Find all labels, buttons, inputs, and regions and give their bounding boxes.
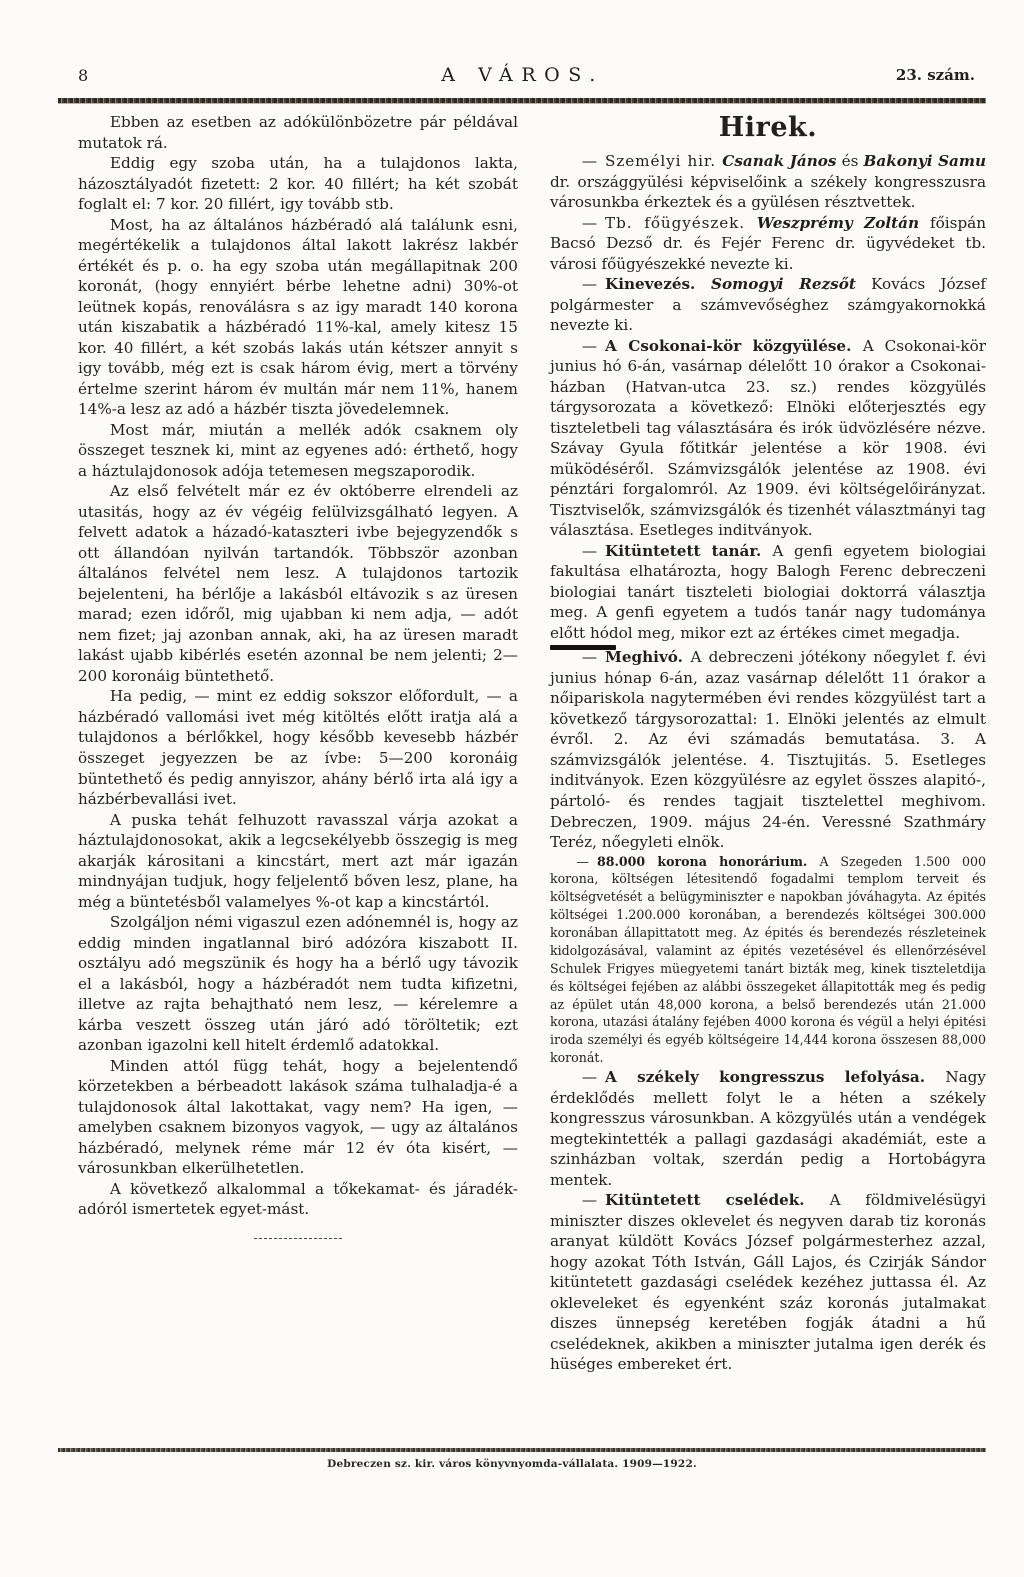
article-paragraph: A puska tehát felhuzott ravasszal várja … <box>78 810 518 913</box>
article-paragraph: A következő alkalommal a tőkekamat- és j… <box>78 1179 518 1220</box>
header-rule <box>58 98 986 103</box>
news-item-dash: — <box>582 1191 605 1209</box>
printer-imprint: Debreczen sz. kir. város könyvnyomda-vál… <box>0 1458 1024 1470</box>
news-item-lead: Kinevezés. <box>605 275 711 293</box>
article-paragraph: Most, ha az általános házbéradó alá talá… <box>78 215 518 420</box>
article-column: Ebben az esetben az adókülönbözetre pár … <box>78 112 518 1375</box>
news-item-name-emphasis: Csanak János <box>722 152 836 170</box>
footer-rule <box>58 1448 986 1452</box>
news-item: —88.000 korona honorárium. A Szegeden 1.… <box>550 853 986 1068</box>
text-columns: Ebben az esetben az adókülönbözetre pár … <box>78 112 986 1375</box>
news-item-lead: Meghivó. <box>605 648 690 666</box>
news-item: —Kinevezés. Somogyi Rezsőt Kovács József… <box>550 274 986 336</box>
news-item-dash: — <box>582 214 605 232</box>
news-item: —Tb. főügyészek. Weszprémy Zoltán főispá… <box>550 213 986 275</box>
news-item: —Kitüntetett cselédek. A földmivelésügyi… <box>550 1190 986 1375</box>
news-item-lead: 88.000 korona honorárium. <box>597 854 819 869</box>
article-paragraph: Szolgáljon némi vigaszul ezen adónemnél … <box>78 912 518 1056</box>
news-item-text: A debreczeni jótékony nőegylet f. évi ju… <box>550 648 986 851</box>
article-paragraph: Ha pedig, — mint ez eddig sokszor előfor… <box>78 686 518 809</box>
page-header: 8 A VÁROS. 23. szám. <box>60 62 985 96</box>
news-item-text: és <box>836 152 863 170</box>
news-item-lead: A Csokonai-kör közgyülése. <box>605 337 863 355</box>
news-item-name-emphasis: Weszprémy Zoltán <box>757 214 919 232</box>
news-item-dash: — <box>582 275 605 293</box>
article-paragraph: Ebben az esetben az adókülönbözetre pár … <box>78 112 518 153</box>
news-item-lead: Kitüntetett cselédek. <box>605 1191 830 1209</box>
news-item: —A székely kongresszus lefolyása. Nagy é… <box>550 1067 986 1190</box>
issue-number: 23. szám. <box>896 66 975 84</box>
news-item-dash: — <box>582 337 605 355</box>
article-end-rule <box>254 1238 342 1239</box>
masthead-title: A VÁROS. <box>60 64 985 86</box>
news-item-dash: — <box>582 1068 605 1086</box>
news-item-lead: Tb. főügyészek. <box>605 214 757 232</box>
newspaper-page: 8 A VÁROS. 23. szám. Ebben az esetben az… <box>0 0 1024 1577</box>
article-paragraph: Minden attól függ tehát, hogy a bejelent… <box>78 1056 518 1179</box>
news-item-name-emphasis: Somogyi Rezsőt <box>711 275 856 293</box>
news-item: —A Csokonai-kör közgyülése. A Csokonai-k… <box>550 336 986 541</box>
news-item-dash: — <box>576 854 597 869</box>
news-item-text: A Csokonai-kör junius hó 6-án, vasárnap … <box>550 337 986 540</box>
news-item-text: Nagy érdeklődés mellett folyt le a héten… <box>550 1068 986 1189</box>
news-item-text: A földmivelésügyi miniszter diszes oklev… <box>550 1191 986 1373</box>
news-item-text: dr. országgyülési képviselőink a székely… <box>550 173 986 212</box>
article-paragraph: Most már, miután a mellék adók csaknem o… <box>78 420 518 482</box>
news-item-dash: — <box>582 152 605 170</box>
news-item: —Kitüntetett tanár. A genfi egyetem biol… <box>550 541 986 644</box>
article-paragraph: Eddig egy szoba után, ha a tulajdonos la… <box>78 153 518 215</box>
news-item-name-emphasis: Bakonyi Samu <box>864 152 986 170</box>
news-item-lead: Kitüntetett tanár. <box>605 542 772 560</box>
news-section-title: Hirek. <box>550 112 986 143</box>
article-paragraph: Az első felvételt már ez év októberre el… <box>78 481 518 686</box>
news-item-lead: A székely kongresszus lefolyása. <box>605 1068 945 1086</box>
news-item: —Személyi hir. Csanak János és Bakonyi S… <box>550 151 986 213</box>
news-column: Hirek. —Személyi hir. Csanak János és Ba… <box>550 112 986 1375</box>
news-item-lead: Személyi hir. <box>605 152 722 170</box>
news-item: —Meghivó. A debreczeni jótékony nőegylet… <box>550 647 986 852</box>
news-item-dash: — <box>582 648 605 666</box>
news-item-text: A Szegeden 1.500 000 korona, költségen l… <box>550 854 986 1066</box>
news-item-dash: — <box>582 542 605 560</box>
